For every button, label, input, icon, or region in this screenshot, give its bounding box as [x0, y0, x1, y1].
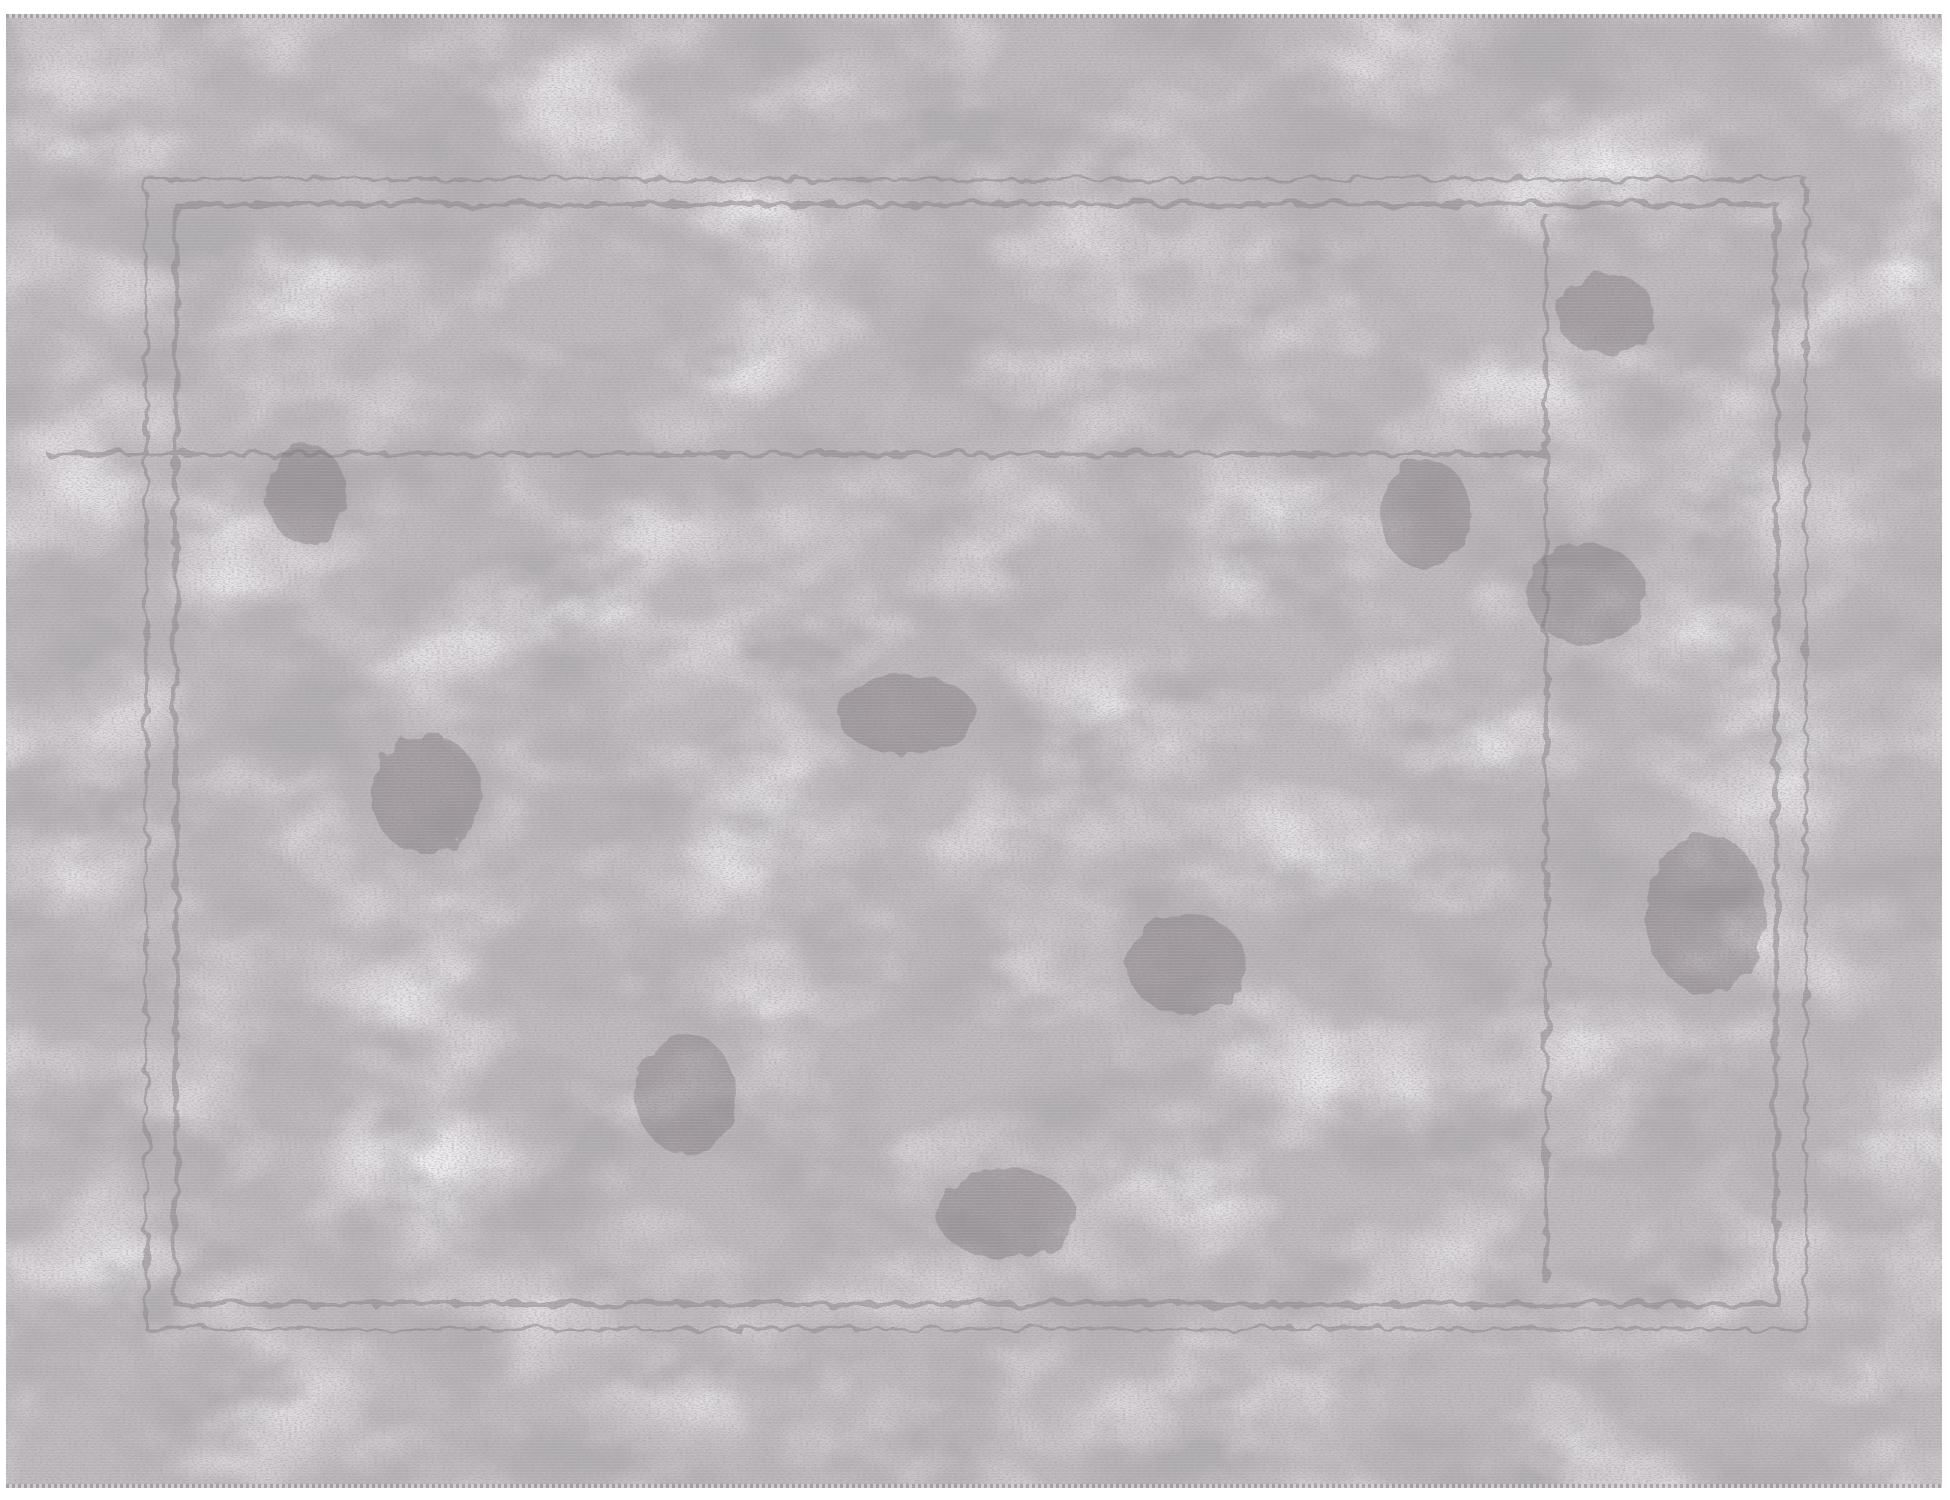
rug-bottom-edge — [6, 1484, 1942, 1488]
rug-photo — [6, 14, 1942, 1488]
rug-texture — [6, 14, 1942, 1488]
rug-top-edge — [6, 14, 1942, 18]
